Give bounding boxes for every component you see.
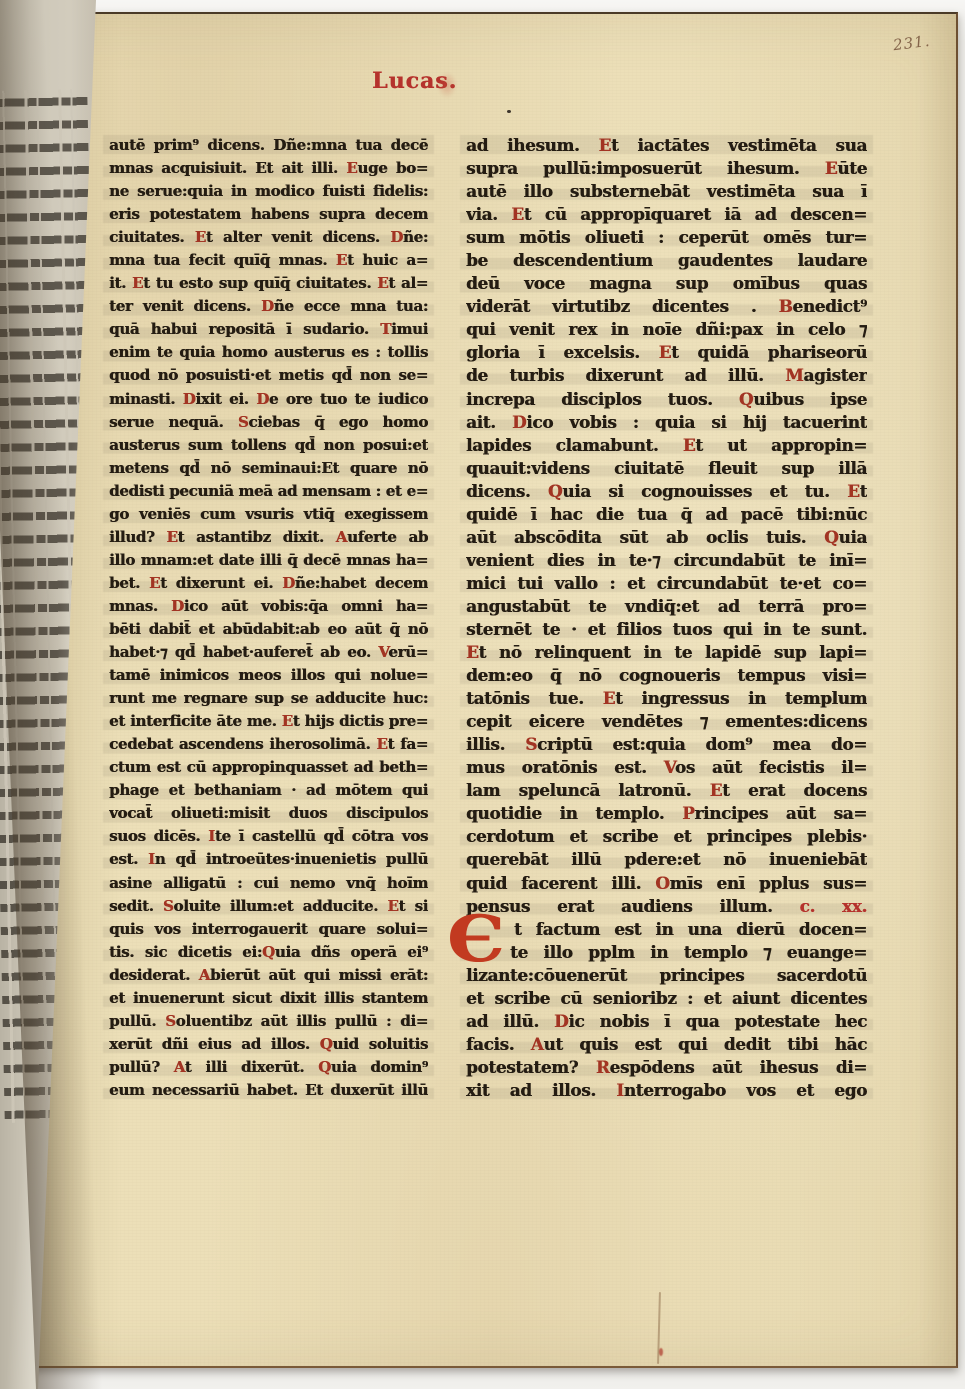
text-line: vocat̄ oliueti:misit duos discipulos bbox=[109, 802, 428, 825]
text-line: bet. Et dixerunt ei. Dñe:habet decem bbox=[109, 572, 428, 595]
text-line: via. Et cū appropīquaret iā ad descen= bbox=[466, 203, 867, 226]
text-line: quid facerent illi. Omīs enī pplus sus= bbox=[466, 872, 867, 895]
text-line: ad ihesum. Et iactātes vestimēta sua bbox=[466, 134, 867, 157]
text-line: querebāt illū pdere:et nō inueniebāt bbox=[466, 848, 867, 871]
text-line: illis. Scriptū est:quia dom⁹ mea do= bbox=[466, 733, 867, 756]
text-line: ctum est cū appropinquasset ad beth= bbox=[109, 756, 428, 779]
text-line: xerūt dñi eius ad illos. Quid soluitis bbox=[109, 1033, 428, 1056]
text-line: cedebat ascendens iherosolimā. Et fa= bbox=[109, 733, 428, 756]
text-line: mnas acquisiuit. Et ait illi. Euge bo= bbox=[109, 157, 428, 180]
text-line: tamē inimicos meos illos qui nolue= bbox=[109, 664, 428, 687]
text-line: Et nō relinquent in te lapidē sup lapi= bbox=[466, 641, 867, 664]
text-line: sedit. Soluite illum:et adducite. Et si bbox=[109, 895, 428, 918]
ink-speck bbox=[507, 110, 511, 113]
text-line: pensus erat audiens illum. c. xx. bbox=[466, 895, 867, 918]
text-column-left: autē prim⁹ dicens. Dñe:mna tua decēmnas … bbox=[109, 134, 428, 1102]
text-line: supra pullū:imposuerūt ihesum. Eūte bbox=[466, 157, 867, 180]
text-line: sternēt te · et filios tuos qui in te su… bbox=[466, 618, 867, 641]
text-line: asine alligatū : cui nemo vnq̄ hoīm bbox=[109, 872, 428, 895]
text-line: ad illū. Dic nobis ī qua potestate hec bbox=[466, 1010, 867, 1033]
text-line: gloria ī excelsis. Et quidā phariseorū bbox=[466, 341, 867, 364]
text-line: illo mnam:et date illi q̄ decē mnas ha= bbox=[109, 549, 428, 572]
text-line: angustabūt te vndiq̄:et ad terrā pro= bbox=[466, 595, 867, 618]
text-line: et inuenerunt sicut dixit illis stantem bbox=[109, 987, 428, 1010]
text-line: dicens. Quia si cognouisses et tu. Et bbox=[466, 480, 867, 503]
text-line: t factum est in una dierū docen= bbox=[466, 918, 867, 941]
text-line: viderāt virtutibz dicentes . Benedict⁹ bbox=[466, 295, 867, 318]
text-line: facis. Aut quis est qui dedit tibi hāc bbox=[466, 1033, 867, 1056]
text-column-right: ad ihesum. Et iactātes vestimēta suasupr… bbox=[466, 134, 867, 1102]
text-line: mna tua fecit quīq̄ mnas. Et huic a= bbox=[109, 249, 428, 272]
text-line: tatōnis tue. Et ingressus in templum bbox=[466, 687, 867, 710]
text-line: aūt abscōdita sūt ab oclis tuis. Quia bbox=[466, 526, 867, 549]
text-line: phage et bethaniam · ad mōtem qui bbox=[109, 779, 428, 802]
text-line: quā habui repositā ī sudario. Timui bbox=[109, 318, 428, 341]
text-line: et interficite āte me. Et hijs dictis pr… bbox=[109, 710, 428, 733]
text-line: serue nequā. Sciebas q̄ ego homo bbox=[109, 411, 428, 434]
text-line: habet·⁊ qd̄ habet·auferet̄ ab eo. Verū= bbox=[109, 641, 428, 664]
text-line: mus oratōnis est. Vos aūt fecistis il= bbox=[466, 756, 867, 779]
text-line: dedisti pecuniā meā ad mensam : et e= bbox=[109, 480, 428, 503]
text-line: ciuitates. Et alter venit dicens. Dñe: bbox=[109, 226, 428, 249]
text-line: eum necessariū habet. Et duxerūt illū bbox=[109, 1079, 428, 1102]
faded-rubric-mark bbox=[437, 72, 457, 98]
text-line: lizante:cōuenerūt principes sacerdotū bbox=[466, 964, 867, 987]
text-line: ait. Dico vobis : quia si hij tacuerint bbox=[466, 411, 867, 434]
text-line: bēti dabit̄ et abūdabit:ab eo aūt q̄ nō bbox=[109, 618, 428, 641]
text-line: enim te quia homo austerus es : tollis bbox=[109, 341, 428, 364]
text-line: autē illo substernebāt vestimēta sua ī bbox=[466, 180, 867, 203]
text-line: it. Et tu esto sup quīq̄ ciuitates. Et a… bbox=[109, 272, 428, 295]
text-line: go veniēs cum vsuris vtiq̄ exegissem bbox=[109, 503, 428, 526]
text-line: de turbis dixerunt ad illū. Magister bbox=[466, 364, 867, 387]
text-line: qui venit rex in noīe dñi:pax in celo ⁊ bbox=[466, 318, 867, 341]
text-line: sum mōtis oliueti : ceperūt omēs tur= bbox=[466, 226, 867, 249]
text-line: deū voce magna sup omībus quas bbox=[466, 272, 867, 295]
text-line: quauit:videns ciuitatē fleuit sup illā bbox=[466, 457, 867, 480]
text-line: xit ad illos. Interrogabo vos et ego bbox=[466, 1079, 867, 1102]
text-line: venient dies in te·⁊ circundabūt te inī= bbox=[466, 549, 867, 572]
text-line: est. In qd̄ introeūtes·inuenietis pullū bbox=[109, 848, 428, 871]
red-speck bbox=[659, 1348, 663, 1356]
text-line: mnas. Dico aūt vobis:q̄a omni ha= bbox=[109, 595, 428, 618]
text-line: minasti. Dixit ei. De ore tuo te iudico bbox=[109, 388, 428, 411]
text-line: quod nō posuisti·et metis qd̄ non se= bbox=[109, 364, 428, 387]
text-line: et scribe cū senioribz : et aiunt dicent… bbox=[466, 987, 867, 1010]
text-line: increpa disciplos tuos. Quibus ipse bbox=[466, 388, 867, 411]
text-line: desiderat. Abierūt aūt qui missi erāt: bbox=[109, 964, 428, 987]
text-line: lapides clamabunt. Et ut appropin= bbox=[466, 434, 867, 457]
text-line: pullū? At illi dixerūt. Quia domin⁹ bbox=[109, 1056, 428, 1079]
text-line: quis vos interrogauerit quare solui= bbox=[109, 918, 428, 941]
text-line: cerdotum et scribe et principes plebis· bbox=[466, 825, 867, 848]
text-line: pullū. Soluentibz aūt illis pullū : di= bbox=[109, 1010, 428, 1033]
text-line: potestatem? Respōdens aūt ihesus di= bbox=[466, 1056, 867, 1079]
text-line: quidē ī hac die tua q̄ ad pacē tibi:nūc bbox=[466, 503, 867, 526]
drop-cap-initial-E: Є bbox=[447, 908, 504, 972]
text-line: lam speluncā latronū. Et erat docens bbox=[466, 779, 867, 802]
text-line: quotidie in templo. Principes aūt sa= bbox=[466, 802, 867, 825]
text-line: runt me regnare sup se adducite huc: bbox=[109, 687, 428, 710]
text-line: metens qd̄ nō seminaui:Et quare nō bbox=[109, 457, 428, 480]
text-line: be descendentium gaudentes laudare bbox=[466, 249, 867, 272]
text-line: dem:eo q̄ nō cognoueris tempus visi= bbox=[466, 664, 867, 687]
text-line: ne serue:quia in modico fuisti fidelis: bbox=[109, 180, 428, 203]
book-photo: 231. Lucas. autē prim⁹ dicens. Dñe:mna t… bbox=[0, 0, 965, 1389]
text-line: suos dicēs. Ite ī castellū qd̄ cōtra vos bbox=[109, 825, 428, 848]
text-line: illud? Et astantibz dixit. Auferte ab bbox=[109, 526, 428, 549]
text-line: tis. sic dicetis ei:Quia dñs operā ei⁹ bbox=[109, 941, 428, 964]
text-line: te illo pplm in templo ⁊ euange= bbox=[466, 941, 867, 964]
text-line: cepit eicere vendētes ⁊ ementes:dicens bbox=[466, 710, 867, 733]
text-line: ter venit dicens. Dñe ecce mna tua: bbox=[109, 295, 428, 318]
text-line: mici tui vallo : et circundabūt te·et co… bbox=[466, 572, 867, 595]
text-line: austerus sum tollens qd̄ non posui:et bbox=[109, 434, 428, 457]
text-line: eris potestatem habens supra decem bbox=[109, 203, 428, 226]
text-line: autē prim⁹ dicens. Dñe:mna tua decē bbox=[109, 134, 428, 157]
